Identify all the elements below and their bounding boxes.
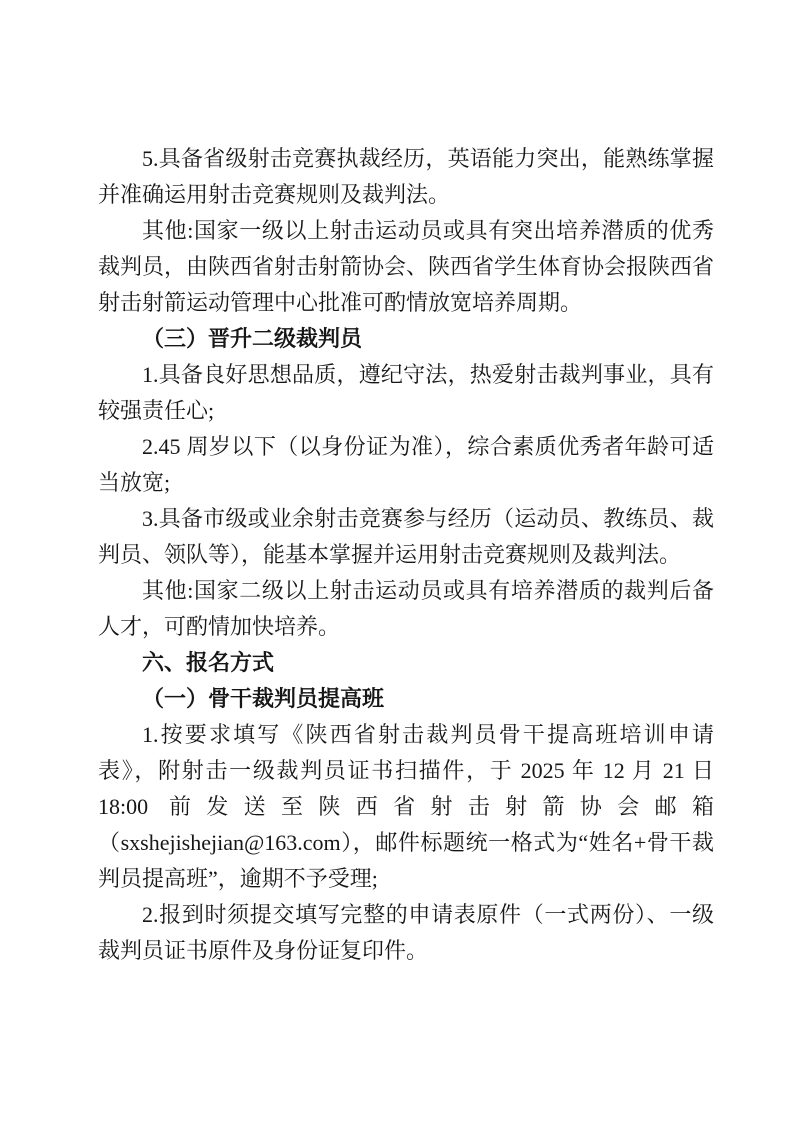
body-paragraph: 其他:国家一级以上射击运动员或具有突出培养潜质的优秀裁判员，由陕西省射击射箭协会… (98, 213, 714, 321)
subsection-heading: （三）晋升二级裁判员 (98, 321, 714, 357)
section-heading: 六、报名方式 (98, 645, 714, 681)
body-paragraph: 2.45 周岁以下（以身份证为准），综合素质优秀者年龄可适当放宽; (98, 429, 714, 501)
document-page: 5.具备省级射击竞赛执裁经历，英语能力突出，能熟练掌握并准确运用射击竞赛规则及裁… (0, 0, 800, 1131)
body-paragraph: 5.具备省级射击竞赛执裁经历，英语能力突出，能熟练掌握并准确运用射击竞赛规则及裁… (98, 141, 714, 213)
body-paragraph: 1.按要求填写《陕西省射击裁判员骨干提高班培训申请表》，附射击一级裁判员证书扫描… (98, 717, 714, 897)
document-body: 5.具备省级射击竞赛执裁经历，英语能力突出，能熟练掌握并准确运用射击竞赛规则及裁… (98, 141, 714, 969)
subsection-heading: （一）骨干裁判员提高班 (98, 681, 714, 717)
body-paragraph: 2.报到时须提交填写完整的申请表原件（一式两份）、一级裁判员证书原件及身份证复印… (98, 897, 714, 969)
body-paragraph: 3.具备市级或业余射击竞赛参与经历（运动员、教练员、裁判员、领队等），能基本掌握… (98, 501, 714, 573)
body-paragraph: 1.具备良好思想品质，遵纪守法，热爱射击裁判事业，具有较强责任心; (98, 357, 714, 429)
body-paragraph: 其他:国家二级以上射击运动员或具有培养潜质的裁判后备人才，可酌情加快培养。 (98, 573, 714, 645)
